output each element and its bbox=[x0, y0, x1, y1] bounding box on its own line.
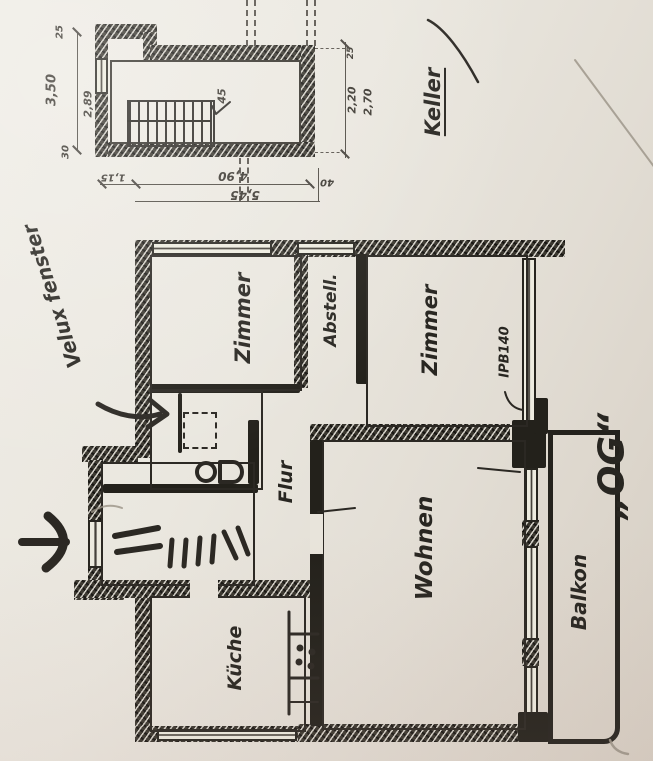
scratch-mark-top-right bbox=[575, 60, 653, 168]
wohnen-window-3 bbox=[525, 666, 538, 714]
dim-stair-width: 45 bbox=[216, 88, 229, 103]
dim-right-top-small: 25 bbox=[346, 47, 356, 60]
axis-dashed-line bbox=[314, 0, 316, 46]
zimmer-top-room bbox=[150, 255, 302, 391]
dim-total-width: 5,45 bbox=[230, 188, 260, 202]
keller-wall-top-right bbox=[150, 45, 315, 60]
dim-extension bbox=[315, 48, 345, 49]
abstell-top-window bbox=[297, 242, 355, 255]
dusche-room bbox=[101, 462, 255, 586]
dim-bracket-bottom-right bbox=[318, 168, 319, 202]
wohnen-window-2 bbox=[525, 546, 538, 640]
dim-line-bottom-2 bbox=[135, 201, 320, 202]
wohnen-window-1 bbox=[525, 468, 538, 522]
axis-dashed-line bbox=[246, 0, 248, 46]
dim-extension bbox=[315, 152, 345, 153]
balkon-stub bbox=[534, 398, 548, 434]
abstell-label: Abstell. bbox=[321, 273, 341, 346]
beam-label: IPB140 bbox=[498, 326, 513, 377]
wohnen-label: Wohnen bbox=[412, 496, 438, 601]
velux-label: Velux fenster bbox=[17, 221, 86, 371]
dim-right-inner: 2,20 bbox=[346, 86, 359, 113]
keller-stairs-landing-line bbox=[127, 120, 211, 122]
keller-stairs bbox=[127, 100, 215, 147]
dim-offset-left: 1,15 bbox=[101, 172, 126, 183]
dim-left-outer: 3,50 bbox=[45, 74, 60, 106]
keller-left-window bbox=[95, 58, 108, 94]
dim-right-bottom-small: 40 bbox=[320, 177, 334, 188]
hook-mark-bottom-right bbox=[610, 740, 628, 754]
dim-inner-width: 4,90 bbox=[218, 169, 248, 183]
balkon-label: Balkon bbox=[567, 554, 591, 630]
shower-tray bbox=[183, 412, 217, 449]
floor-og-label: „OG“ bbox=[592, 413, 633, 520]
dim-line-left bbox=[77, 32, 78, 150]
wohnen-door-opening bbox=[310, 514, 323, 554]
window-arrow-head bbox=[46, 516, 64, 568]
dim-top-tick: 25 bbox=[55, 25, 66, 39]
axis-dashed-line bbox=[306, 0, 308, 46]
dim-right-outer: 2,70 bbox=[362, 88, 375, 115]
zimmer-top-label: Zimmer bbox=[231, 273, 255, 364]
zimmer-top-window bbox=[152, 242, 272, 255]
kueche-label: Küche bbox=[224, 626, 246, 691]
dim-line-bottom bbox=[100, 184, 312, 185]
dim-left-inner: 2,89 bbox=[82, 90, 95, 117]
zimmer-right-label: Zimmer bbox=[418, 285, 442, 376]
keller-wall-right bbox=[301, 45, 315, 157]
floorplan-scan: 3,50 2,89 25 30 1,15 4,90 5,45 40 2,20 2… bbox=[0, 0, 653, 761]
axis-dashed-line bbox=[254, 0, 256, 46]
flur-label: Flur bbox=[275, 461, 297, 503]
kueche-door-opening bbox=[190, 580, 218, 598]
keller-label: Keller bbox=[421, 68, 445, 136]
dim-bottom-tick: 30 bbox=[61, 145, 72, 159]
